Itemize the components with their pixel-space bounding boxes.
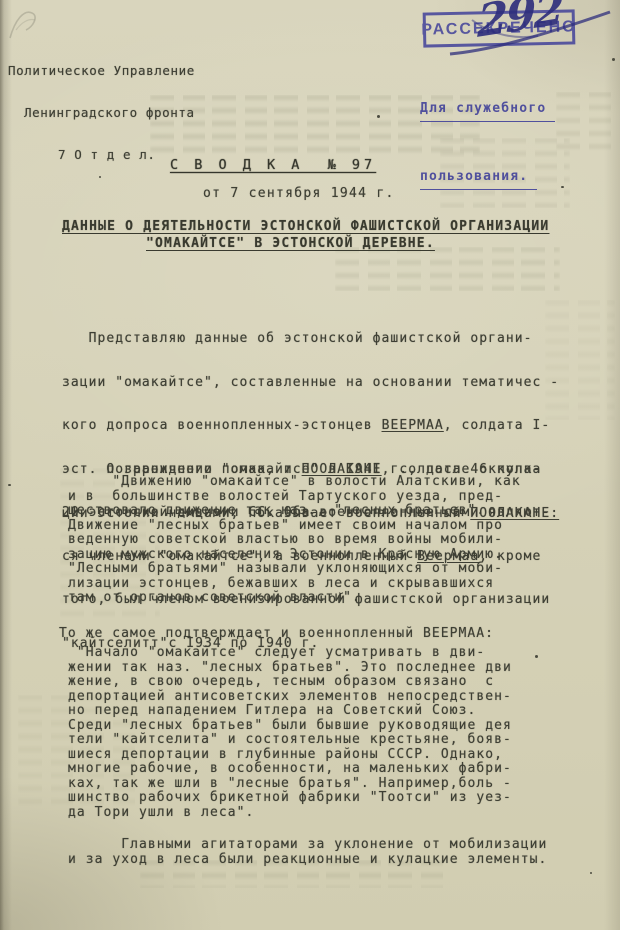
paragraph-closing: Главными агитаторами за уклонение от моб… bbox=[68, 838, 547, 867]
subject-heading-line1: ДАННЫЕ О ДЕЯТЕЛЬНОСТИ ЭСТОНСКОЙ ФАШИСТСК… bbox=[62, 220, 549, 235]
document-page: Политическое Управление Ленинградского ф… bbox=[0, 0, 620, 930]
restriction-stamp: Для служебного пользования. bbox=[420, 54, 555, 234]
restriction-line2: пользования. bbox=[420, 166, 537, 190]
bleedthrough-smudge bbox=[335, 247, 560, 291]
text-line: Представляю данные об эстонской фашистск… bbox=[62, 332, 559, 347]
bleedthrough-smudge bbox=[556, 92, 612, 156]
text-line: зации "омакайтсе", составленные на основ… bbox=[62, 376, 559, 391]
letterhead-line2: Ленинградского фронта bbox=[8, 106, 195, 120]
letterhead-line3: 7 О т д е л. bbox=[8, 148, 195, 162]
document-title: С В О Д К А № 97 bbox=[170, 158, 376, 173]
pow-name-veermaa: ВЕЕРМАА bbox=[382, 418, 444, 433]
text-segment: кого допроса военнопленных-эстонцев bbox=[62, 418, 382, 433]
letterhead: Политическое Управление Ленинградского ф… bbox=[8, 36, 195, 190]
quote-veermaa: "Начало "омакайтсе" следует усматривать … bbox=[68, 646, 512, 820]
paragraph-linker: То же самое подтверждает и военнопленный… bbox=[59, 627, 494, 642]
paper-speck bbox=[612, 58, 615, 61]
document-date: от 7 сентября 1944 г. bbox=[203, 187, 395, 202]
paper-speck bbox=[590, 872, 592, 874]
quote-poolakane: "Движению "омакайтсе" в волости Алатскив… bbox=[68, 475, 521, 606]
subject-heading-line2: "ОМАКАЙТСЕ" В ЭСТОНСКОЙ ДЕРЕВНЕ. bbox=[146, 237, 435, 252]
text-line: кого допроса военнопленных-эстонцев ВЕЕР… bbox=[62, 419, 559, 434]
letterhead-line1: Политическое Управление bbox=[8, 64, 195, 78]
paper-speck bbox=[561, 186, 564, 188]
paper-speck bbox=[8, 484, 11, 486]
text-segment: , солдата I- bbox=[444, 418, 551, 433]
paper-speck bbox=[377, 115, 380, 118]
restriction-line1: Для служебного bbox=[420, 98, 555, 122]
